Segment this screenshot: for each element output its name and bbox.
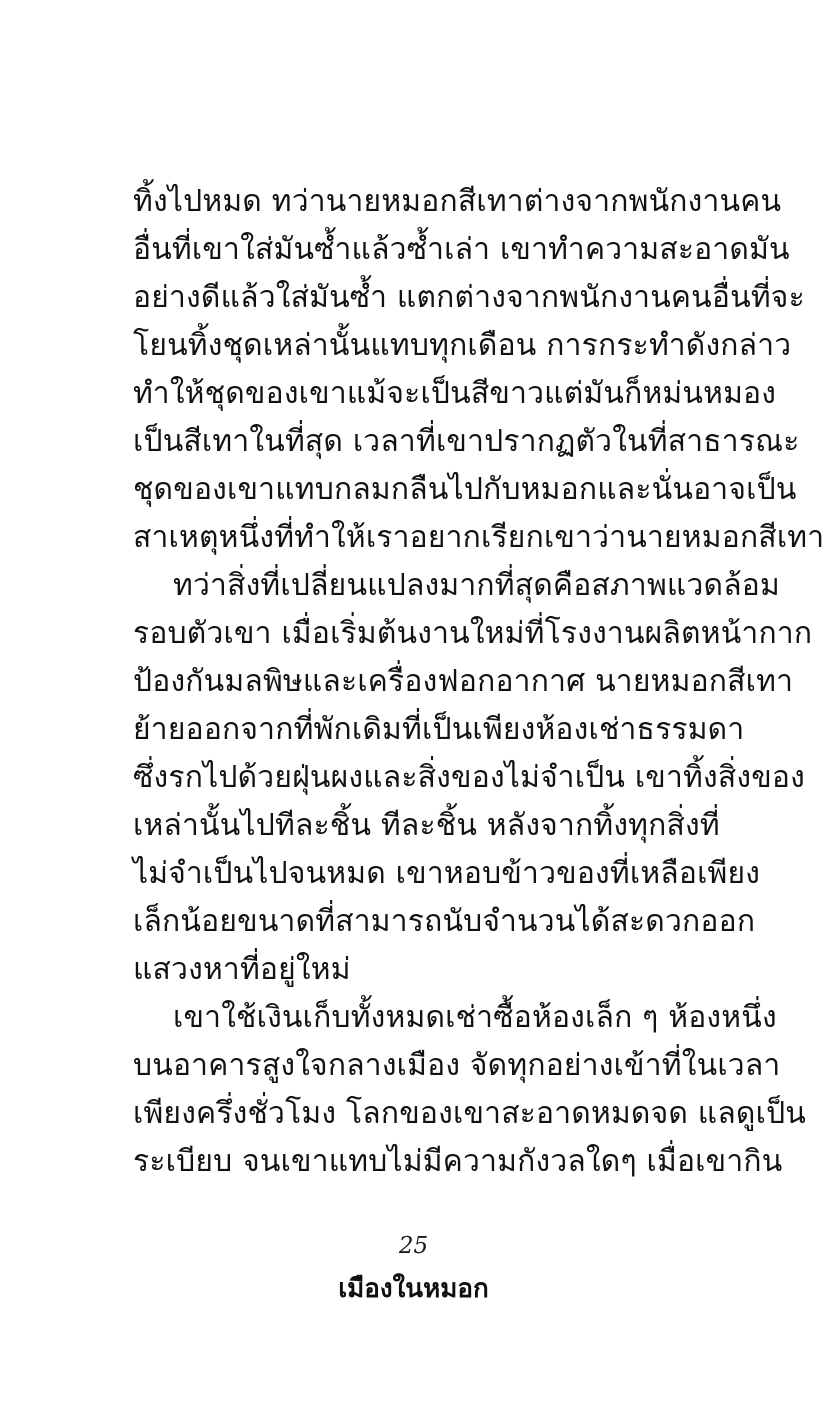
text-line: ชุดของเขาแทบกลมกลืนไปกับหมอกและนั่นอาจเป…	[133, 466, 697, 514]
text-line: ไม่จำเป็นไปจนหมด เขาหอบข้าวของที่เหลือเพ…	[133, 850, 697, 898]
text-line: อย่างดีแล้วใส่มันซ้ำ แตกต่างจากพนักงานคน…	[133, 274, 697, 322]
text-line: ป้องกันมลพิษและเครื่องฟอกอากาศ นายหมอกสี…	[133, 658, 697, 706]
text-line: รอบตัวเขา เมื่อเริ่มต้นงานใหม่ที่โรงงานผ…	[133, 610, 697, 658]
text-line: ทิ้งไปหมด ทว่านายหมอกสีเทาต่างจากพนักงาน…	[133, 178, 697, 226]
text-line: ซึ่งรกไปด้วยฝุ่นผงและสิ่งของไม่จำเป็น เข…	[133, 754, 697, 802]
text-line: ย้ายออกจากที่พักเดิมที่เป็นเพียงห้องเช่า…	[133, 706, 697, 754]
text-line-paragraph-end: แสวงหาที่อยู่ใหม่	[133, 946, 697, 994]
text-line: เป็นสีเทาในที่สุด เวลาที่เขาปรากฏตัวในที…	[133, 418, 697, 466]
text-line: เหล่านั้นไปทีละชิ้น ทีละชิ้น หลังจากทิ้ง…	[133, 802, 697, 850]
page-body-text: ทิ้งไปหมด ทว่านายหมอกสีเทาต่างจากพนักงาน…	[133, 178, 697, 1186]
text-line: ระเบียบ จนเขาแทบไม่มีความกังวลใดๆ เมื่อเ…	[133, 1138, 697, 1186]
running-title: เมืองในหมอก	[0, 1268, 827, 1309]
text-line-paragraph-start: เขาใช้เงินเก็บทั้งหมดเช่าซื้อห้องเล็ก ๆ …	[133, 994, 697, 1042]
book-page: ทิ้งไปหมด ทว่านายหมอกสีเทาต่างจากพนักงาน…	[0, 0, 827, 1418]
text-line: อื่นที่เขาใส่มันซ้ำแล้วซ้ำเล่า เขาทำความ…	[133, 226, 697, 274]
text-line: บนอาคารสูงใจกลางเมือง จัดทุกอย่างเข้าที่…	[133, 1042, 697, 1090]
text-line-paragraph-start: ทว่าสิ่งที่เปลี่ยนแปลงมากที่สุดคือสภาพแว…	[133, 562, 697, 610]
page-number: 25	[0, 1233, 827, 1259]
text-line: ทำให้ชุดของเขาแม้จะเป็นสีขาวแต่มันก็หม่น…	[133, 370, 697, 418]
text-line: เล็กน้อยขนาดที่สามารถนับจำนวนได้สะดวกออก	[133, 898, 697, 946]
text-line: สาเหตุหนึ่งที่ทำให้เราอยากเรียกเขาว่านาย…	[133, 514, 697, 562]
text-line: โยนทิ้งชุดเหล่านั้นแทบทุกเดือน การกระทำด…	[133, 322, 697, 370]
text-line: เพียงครึ่งชั่วโมง โลกของเขาสะอาดหมดจด แล…	[133, 1090, 697, 1138]
